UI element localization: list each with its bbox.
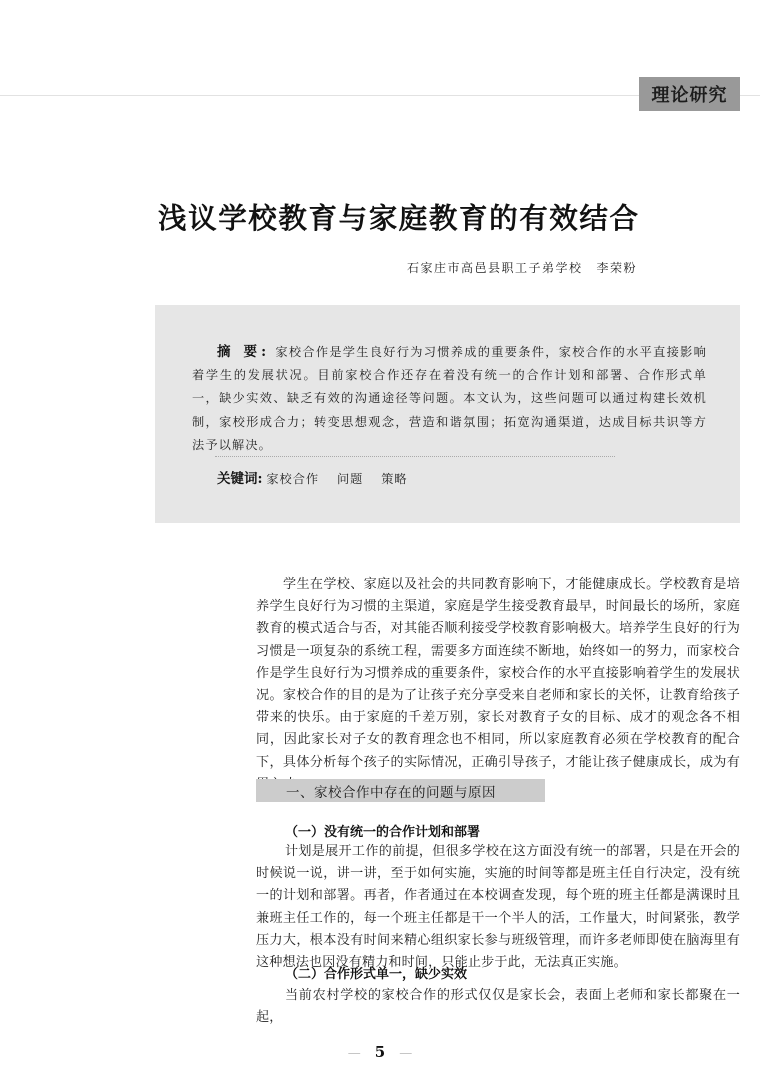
column-tag: 理论研究 — [639, 77, 740, 111]
subsection-heading: （二）合作形式单一，缺少实效 — [285, 963, 467, 982]
abstract-paragraph: 摘 要: 家校合作是学生良好行为习惯养成的重要条件，家校合作的水平直接影响着学生… — [192, 341, 707, 457]
abstract-label: 摘 要: — [217, 344, 270, 360]
author-line: 石家庄市高邑县职工子弟学校李荣粉 — [407, 259, 637, 276]
article-title: 浅议学校教育与家庭教育的有效结合 — [158, 196, 738, 237]
subsection-paragraph: 当前农村学校的家校合作的形式仅仅是家长会，表面上老师和家长都聚在一起， — [256, 985, 740, 1029]
subsection-heading: （一）没有统一的合作计划和部署 — [285, 821, 480, 840]
intro-paragraph: 学生在学校、家庭以及社会的共同教育影响下，才能健康成长。学校教育是培养学生良好行… — [256, 574, 740, 796]
page-dash: — — [399, 1046, 412, 1061]
page-footer: —5— — [0, 1043, 760, 1061]
abstract-box: 摘 要: 家校合作是学生良好行为习惯养成的重要条件，家校合作的水平直接影响着学生… — [155, 305, 740, 523]
keyword: 策略 — [381, 472, 407, 486]
page-dash: — — [348, 1046, 361, 1061]
section-heading: 一、家校合作中存在的问题与原因 — [256, 779, 545, 802]
abstract-divider — [215, 456, 615, 457]
author-name: 李荣粉 — [597, 261, 638, 275]
subsection-paragraph: 计划是展开工作的前提，但很多学校在这方面没有统一的部署，只是在开会的时候说一说，… — [256, 841, 740, 974]
keyword: 问题 — [337, 472, 363, 486]
keywords-label: 关键词: — [217, 471, 262, 487]
page-number: 5 — [375, 1043, 385, 1061]
keywords-line: 关键词: 家校合作 问题 策略 — [217, 467, 422, 487]
author-affiliation: 石家庄市高邑县职工子弟学校 — [407, 261, 583, 275]
abstract-text: 家校合作是学生良好行为习惯养成的重要条件，家校合作的水平直接影响着学生的发展状况… — [192, 345, 707, 452]
keyword: 家校合作 — [266, 472, 319, 486]
